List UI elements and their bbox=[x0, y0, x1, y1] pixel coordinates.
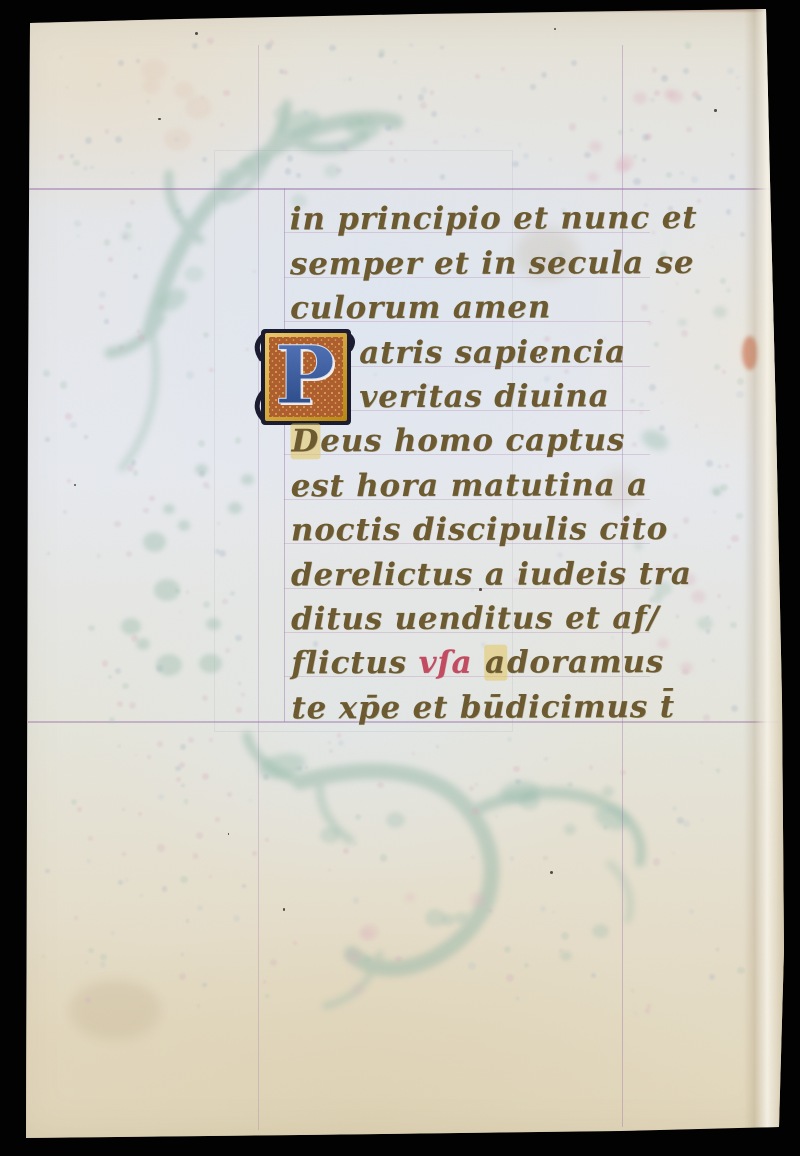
manuscript-text-segment: D bbox=[290, 424, 320, 460]
manuscript-line: derelictus a iudeis tra bbox=[291, 552, 692, 597]
manuscript-text-segment: vſa bbox=[419, 645, 485, 681]
manuscript-text-segment: derelictus a iudeis tra bbox=[291, 556, 692, 593]
manuscript-text-segment: ditus uenditus et af/ bbox=[291, 600, 659, 637]
vellum-leaf: P P in principio et nunc etsemper et in … bbox=[0, 0, 800, 1156]
manuscript-line: te xp̄e et būdicimus t̄ bbox=[291, 685, 675, 730]
manuscript-line: culorum amen bbox=[290, 286, 551, 331]
manuscript-text-segment: est hora matutina a bbox=[291, 467, 648, 504]
manuscript-line: flictus vſa adoramus bbox=[291, 640, 664, 685]
manuscript-text-segment: eus homo captus bbox=[320, 423, 625, 460]
manuscript-line: veritas diuina bbox=[359, 374, 609, 419]
manuscript-text-segment: noctis discipulis cito bbox=[291, 511, 668, 548]
manuscript-text-segment: te xp̄e et būdicimus t̄ bbox=[291, 689, 674, 726]
manuscript-text-segment: doramus bbox=[507, 644, 664, 681]
manuscript-line: Deus homo captus bbox=[290, 419, 625, 464]
manuscript-text-segment: veritas diuina bbox=[359, 378, 609, 415]
manuscript-text-segment: flictus bbox=[291, 645, 418, 681]
manuscript-line: ditus uenditus et af/ bbox=[291, 596, 659, 641]
manuscript-text-segment: atris sapiencia bbox=[359, 334, 626, 371]
manuscript-text-segment: semper et in secula se bbox=[290, 245, 695, 282]
manuscript-line: est hora matutina a bbox=[291, 463, 648, 508]
text-block: in principio et nunc etsemper et in secu… bbox=[0, 0, 800, 1156]
manuscript-line: in principio et nunc et bbox=[290, 196, 698, 241]
manuscript-text-segment: culorum amen bbox=[290, 290, 551, 327]
manuscript-line: semper et in secula se bbox=[290, 241, 695, 286]
manuscript-line: noctis discipulis cito bbox=[291, 507, 668, 552]
manuscript-line: atris sapiencia bbox=[359, 330, 626, 375]
manuscript-text-segment: a bbox=[484, 645, 507, 681]
manuscript-text-segment: in principio et nunc et bbox=[290, 200, 698, 237]
